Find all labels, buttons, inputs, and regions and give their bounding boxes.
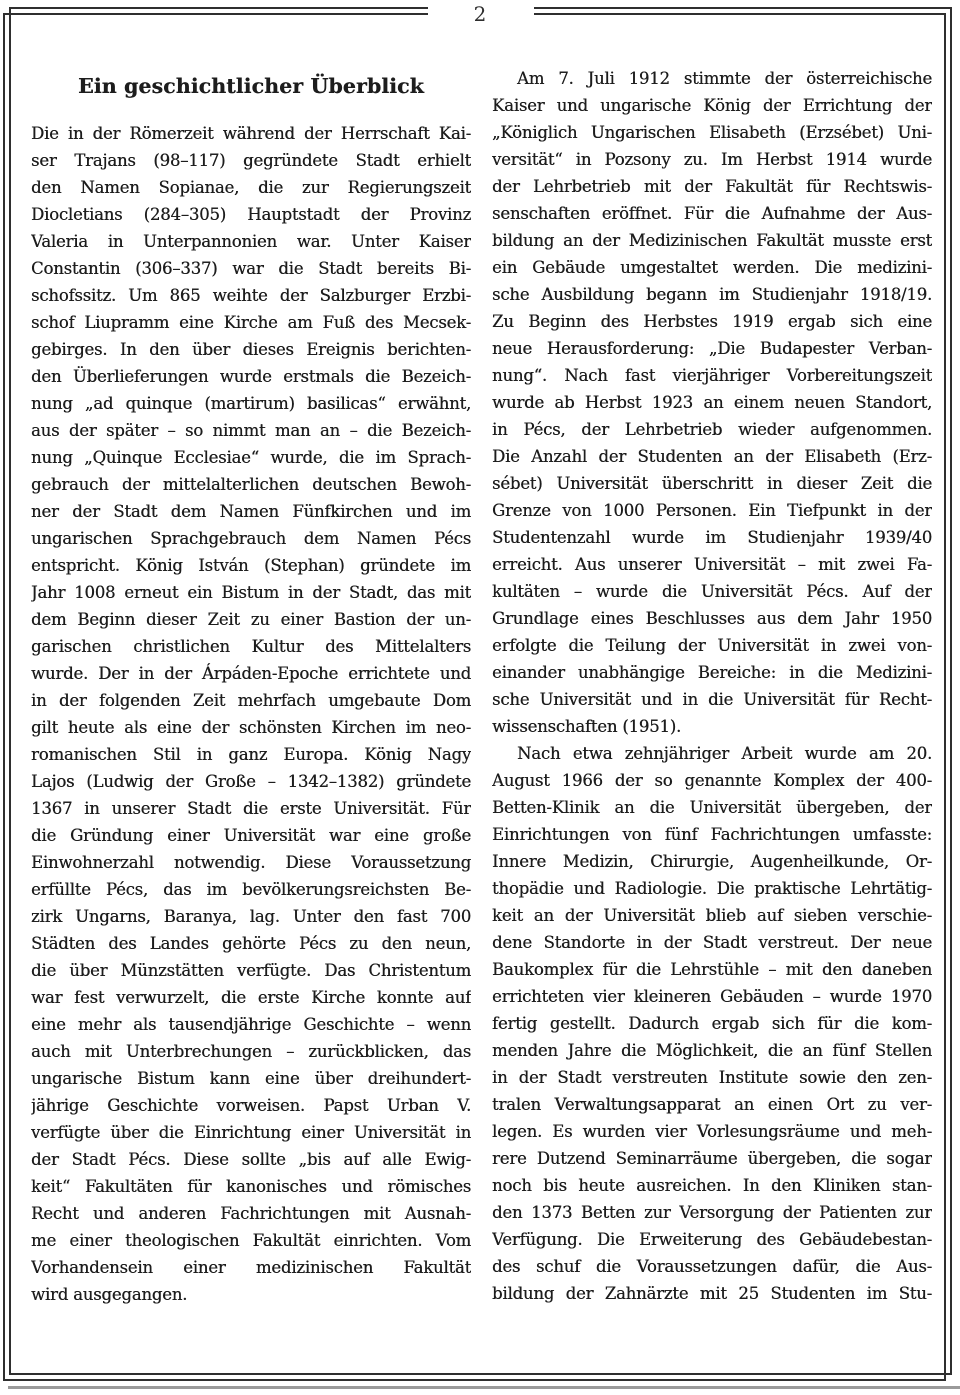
text-line: Kaiser und ungarische König der Errichtu… <box>492 92 932 119</box>
text-line: sébet) Universität überschritt in dieser… <box>492 470 932 497</box>
text-line: Einwohnerzahl notwendig. Diese Vorausset… <box>31 849 471 876</box>
text-line: dene Standorte in der Stadt verstreut. D… <box>492 929 932 956</box>
text-line: in der Stadt verstreuten Institute sowie… <box>492 1064 932 1091</box>
left-column-text: Die in der Römerzeit während der Herrsch… <box>31 120 471 1308</box>
text-line: Baukomplex für die Lehrstühle – mit den … <box>492 956 932 983</box>
text-line: entspricht. König István (Stephan) gründ… <box>31 552 471 579</box>
text-line: legen. Es wurden vier Vorlesungsräume un… <box>492 1118 932 1145</box>
text-line: nung „ad quinque (martirum) basilicas“ e… <box>31 390 471 417</box>
page-edge-shadow <box>8 1386 960 1389</box>
text-line: Valeria in Unterpannonien war. Unter Kai… <box>31 228 471 255</box>
text-line: „Königlich Ungarischen Elisabeth (Erzséb… <box>492 119 932 146</box>
text-line: Constantin (306–337) war die Stadt berei… <box>31 255 471 282</box>
text-line: ungarische Bistum kann eine über dreihun… <box>31 1065 471 1092</box>
left-column: Ein geschichtlicher Überblick Die in der… <box>31 71 471 1308</box>
text-line: noch bis heute ausreichen. In den Klinik… <box>492 1172 932 1199</box>
paragraph: Nach etwa zehnjähriger Arbeit wurde am 2… <box>492 740 932 1307</box>
text-line: erreicht. Aus unserer Universität – mit … <box>492 551 932 578</box>
text-line: in der folgenden Zeit mehrfach umgebaute… <box>31 687 471 714</box>
text-line: wird ausgegangen. <box>31 1281 471 1308</box>
text-line: einander unabhängige Bereiche: in die Me… <box>492 659 932 686</box>
right-column: Am 7. Juli 1912 stimmte der österreichis… <box>492 65 932 1307</box>
text-line: bildung der Zahnärzte mit 25 Studenten i… <box>492 1280 932 1307</box>
text-line: ser Trajans (98–117) gegründete Stadt er… <box>31 147 471 174</box>
text-line: wurde. Der in der Árpáden-Epoche erricht… <box>31 660 471 687</box>
text-line: Vorhandensein einer medizinischen Fakult… <box>31 1254 471 1281</box>
text-line: auch mit Unterbrechungen – zurückblicken… <box>31 1038 471 1065</box>
text-line: Die Anzahl der Studenten an der Elisabet… <box>492 443 932 470</box>
paragraph: Am 7. Juli 1912 stimmte der österreichis… <box>492 65 932 740</box>
text-line: rere Dutzend Seminarräume übergeben, die… <box>492 1145 932 1172</box>
text-line: senschaften eröffnet. Für die Aufnahme d… <box>492 200 932 227</box>
text-line: eine mehr als tausendjährige Geschichte … <box>31 1011 471 1038</box>
section-heading: Ein geschichtlicher Überblick <box>31 71 471 101</box>
text-line: sche Universität und in die Universität … <box>492 686 932 713</box>
text-line: kultäten – wurde die Universität Pécs. A… <box>492 578 932 605</box>
text-line: Zu Beginn des Herbstes 1919 ergab sich e… <box>492 308 932 335</box>
text-line: fertig gestellt. Dadurch ergab sich für … <box>492 1010 932 1037</box>
text-line: Am 7. Juli 1912 stimmte der österreichis… <box>492 65 932 92</box>
text-line: menden Jahre die Möglichkeit, die an fün… <box>492 1037 932 1064</box>
text-line: die Gründung einer Universität war eine … <box>31 822 471 849</box>
document-page: 2 Ein geschichtlicher Überblick Die in d… <box>0 0 960 1395</box>
text-line: errichteten vier kleineren Gebäuden – wu… <box>492 983 932 1010</box>
text-line: der Lehrbetrieb mit der Fakultät für Rec… <box>492 173 932 200</box>
text-line: Innere Medizin, Chirurgie, Augenheilkund… <box>492 848 932 875</box>
text-line: nung „Quinque Ecclesiae“ wurde, die im S… <box>31 444 471 471</box>
text-line: aus der später – so nimmt man an – die B… <box>31 417 471 444</box>
text-line: des schuf die Voraussetzungen dafür, die… <box>492 1253 932 1280</box>
text-line: schofssitz. Um 865 weihte der Salzburger… <box>31 282 471 309</box>
text-line: Verfügung. Die Erweiterung des Gebäudebe… <box>492 1226 932 1253</box>
text-line: jährige Geschichte vorweisen. Papst Urba… <box>31 1092 471 1119</box>
text-line: die über Münzstätten verfügte. Das Chris… <box>31 957 471 984</box>
text-line: der Stadt Pécs. Diese sollte „bis auf al… <box>31 1146 471 1173</box>
text-line: schof Liupramm eine Kirche am Fuß des Me… <box>31 309 471 336</box>
text-line: keit an der Universität blieb auf sieben… <box>492 902 932 929</box>
text-line: verfügte über die Einrichtung einer Univ… <box>31 1119 471 1146</box>
text-line: war fest verwurzelt, die erste Kirche ko… <box>31 984 471 1011</box>
text-line: ein Gebäude umgestaltet werden. Die medi… <box>492 254 932 281</box>
text-line: Lajos (Ludwig der Große – 1342–1382) grü… <box>31 768 471 795</box>
text-line: versität“ in Pozsony zu. Im Herbst 1914 … <box>492 146 932 173</box>
text-line: gebrauch der mittelalterlichen deutschen… <box>31 471 471 498</box>
text-line: ungarischen Sprachgebrauch dem Namen Péc… <box>31 525 471 552</box>
text-line: erfolgte die Teilung der Universität in … <box>492 632 932 659</box>
text-line: Jahr 1008 erneut ein Bistum in der Stadt… <box>31 579 471 606</box>
text-line: Studentenzahl wurde im Studienjahr 1939/… <box>492 524 932 551</box>
text-line: erfüllte Pécs, das im bevölkerungsreichs… <box>31 876 471 903</box>
text-line: Einrichtungen von fünf Fachrichtungen um… <box>492 821 932 848</box>
text-line: den Namen Sopianae, die zur Regierungsze… <box>31 174 471 201</box>
text-line: August 1966 der so genannte Komplex der … <box>492 767 932 794</box>
text-line: nung“. Nach fast vierjähriger Vorbereitu… <box>492 362 932 389</box>
text-line: tralen Verwaltungsapparat an einen Ort z… <box>492 1091 932 1118</box>
text-line: den 1373 Betten zur Versorgung der Patie… <box>492 1199 932 1226</box>
text-line: 1367 in unserer Stadt die erste Universi… <box>31 795 471 822</box>
text-line: sche Ausbildung begann im Studienjahr 19… <box>492 281 932 308</box>
text-line: gebirges. In den über dieses Ereignis be… <box>31 336 471 363</box>
text-line: thopädie und Radiologie. Die praktische … <box>492 875 932 902</box>
paragraph: Die in der Römerzeit während der Herrsch… <box>31 120 471 1308</box>
text-line: den Überlieferungen wurde erstmals die B… <box>31 363 471 390</box>
text-line: Städten des Landes gehörte Pécs zu den n… <box>31 930 471 957</box>
text-line: neue Herausforderung: „Die Budapester Ve… <box>492 335 932 362</box>
text-line: Grenze von 1000 Personen. Ein Tiefpunkt … <box>492 497 932 524</box>
text-line: Diocletians (284–305) Hauptstadt der Pro… <box>31 201 471 228</box>
page-number: 2 <box>0 1 960 27</box>
text-line: bildung an der Medizinischen Fakultät mu… <box>492 227 932 254</box>
text-line: garischen christlichen Kultur des Mittel… <box>31 633 471 660</box>
text-line: gilt heute als eine der schönsten Kirche… <box>31 714 471 741</box>
text-line: Nach etwa zehnjähriger Arbeit wurde am 2… <box>492 740 932 767</box>
text-line: keit“ Fakultäten für kanonisches und röm… <box>31 1173 471 1200</box>
text-line: zirk Ungarns, Baranya, lag. Unter den fa… <box>31 903 471 930</box>
text-line: Die in der Römerzeit während der Herrsch… <box>31 120 471 147</box>
text-line: Grundlage eines Beschlusses aus dem Jahr… <box>492 605 932 632</box>
text-line: wurde ab Herbst 1923 an einem neuen Stan… <box>492 389 932 416</box>
right-column-text: Am 7. Juli 1912 stimmte der österreichis… <box>492 65 932 1307</box>
text-line: Recht und anderen Fachrichtungen mit Aus… <box>31 1200 471 1227</box>
text-line: dem Beginn dieser Zeit zu einer Bastion … <box>31 606 471 633</box>
text-line: me einer theologischen Fakultät einricht… <box>31 1227 471 1254</box>
text-line: romanischen Stil in ganz Europa. König N… <box>31 741 471 768</box>
text-line: Betten-Klinik an die Universität übergeb… <box>492 794 932 821</box>
text-line: wissenschaften (1951). <box>492 713 932 740</box>
text-line: in Pécs, der Lehrbetrieb wieder aufgenom… <box>492 416 932 443</box>
text-line: ner der Stadt dem Namen Fünfkirchen und … <box>31 498 471 525</box>
